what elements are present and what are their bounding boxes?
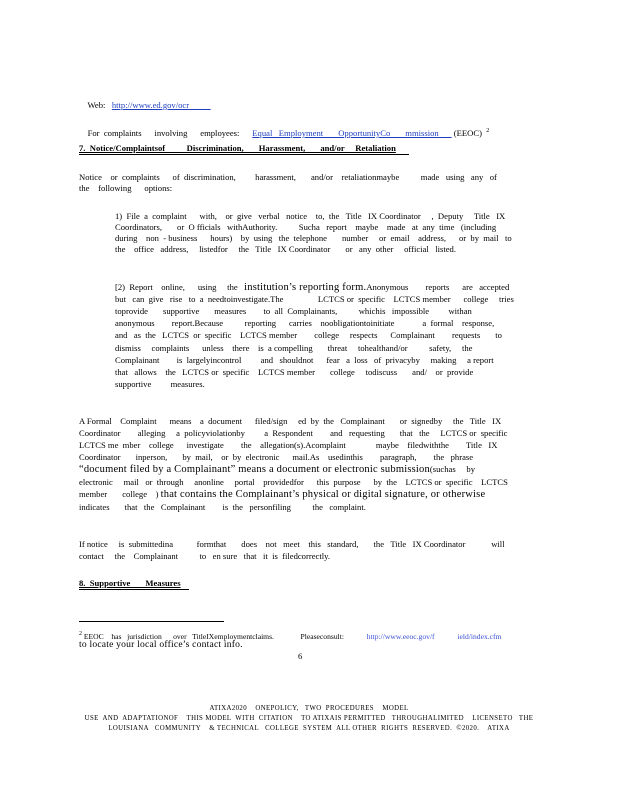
section-8-underline — [79, 589, 189, 590]
option2-line-5: and as the LCTCS or specific LCTCS membe… — [115, 330, 502, 340]
signature-emphasis: that contains the Complainant’s physical… — [161, 489, 486, 500]
formal-line-2: Coordinator alleging a policyviolationby… — [79, 428, 507, 438]
document-page: Web: http://www.ed.gov/ocr For complaint… — [0, 0, 618, 800]
eeoc-abbrev: (EEOC) — [454, 128, 482, 138]
web-label: Web: — [87, 100, 105, 110]
formal-line-4: Coordinator inperson, by mail, or by ele… — [79, 452, 473, 462]
intro-line-2: the following options: — [79, 183, 172, 193]
option2-line-8: that allows the LCTCS or specific LCTCS … — [115, 367, 473, 377]
section-8-heading: 8. Supportive Measures — [79, 578, 181, 588]
footnote-line-2: to locate your local office’s contact in… — [79, 640, 243, 650]
option2-line-3: toprovide supportive measures to all Com… — [115, 306, 472, 316]
formal-line-6: electronic mail or through anonline port… — [79, 477, 508, 487]
not-standard-line-1: If notice is submittedina formthat does … — [79, 539, 505, 549]
heading-underline — [79, 154, 409, 155]
option2-line-9: supportive measures. — [115, 379, 205, 389]
formal-line-7: member college ) that contains the Compl… — [79, 489, 485, 500]
reporting-form-emphasis: institution’s reporting form. — [244, 282, 366, 293]
page-number: 6 — [298, 651, 302, 661]
formal-line-3: LCTCS me mber college investigate the al… — [79, 440, 497, 450]
option1-line-3: during non - business hours) by using th… — [115, 233, 512, 243]
footnote-ref[interactable]: 2 — [486, 128, 489, 134]
formal-line-5: “document filed by a Complainant” means … — [79, 464, 475, 475]
footer-line-3: LOUISIANA COMMUNITY & TECHNICAL COLLEGE … — [60, 724, 558, 734]
web-link[interactable]: http://www.ed.gov/ocr — [112, 100, 189, 110]
footer-line-2: USE AND ADAPTATIONOF THIS MODEL WITH CIT… — [60, 714, 558, 724]
eeoc-field-link-part1[interactable]: http://www.eeoc.gov/f — [367, 632, 435, 641]
eeoc-link[interactable]: Equal Employment OpportunityCo mmission — [252, 128, 438, 138]
option2-line-2: but can give rise to a needtoinvestigate… — [115, 294, 514, 304]
option2-line-7: Complainant is largelyincontrol and shou… — [115, 355, 494, 365]
phrase-quote: “document filed by a Complainant” means … — [79, 464, 430, 475]
option2-line-6: dismiss complaints unless there is a com… — [115, 343, 472, 353]
option2-line-4: anonymous report.Because reporting carri… — [115, 318, 494, 328]
not-standard-line-2: contact the Complainant to en sure that … — [79, 551, 330, 561]
employees-label: For complaints involving employees: — [88, 128, 240, 138]
footnote-number: 2 — [79, 631, 82, 637]
eeoc-field-link-part2[interactable]: ield/index.cfm — [457, 632, 501, 641]
option1-line-1: 1) File a complaint with, or give verbal… — [115, 211, 505, 221]
intro-line-1: Notice or complaints of discrimination, … — [79, 172, 497, 182]
option2-line-1: [2) Report online, using the institution… — [115, 282, 509, 293]
section-7-heading: 7. Notice/Complaintsof Discrimination, H… — [79, 143, 396, 153]
footer-line-1: ATIXA2020 ONEPOLICY, TWO PROCEDURES MODE… — [60, 704, 558, 714]
formal-line-8: indicates that the Complainant is the pe… — [79, 502, 366, 512]
option1-line-4: the office address, listedfor the Title … — [115, 244, 456, 254]
option1-line-2: Coordinators, or O fficials withAuthorit… — [115, 222, 496, 232]
formal-line-1: A Formal Complaint means a document file… — [79, 416, 501, 426]
footnote-separator — [79, 621, 224, 622]
